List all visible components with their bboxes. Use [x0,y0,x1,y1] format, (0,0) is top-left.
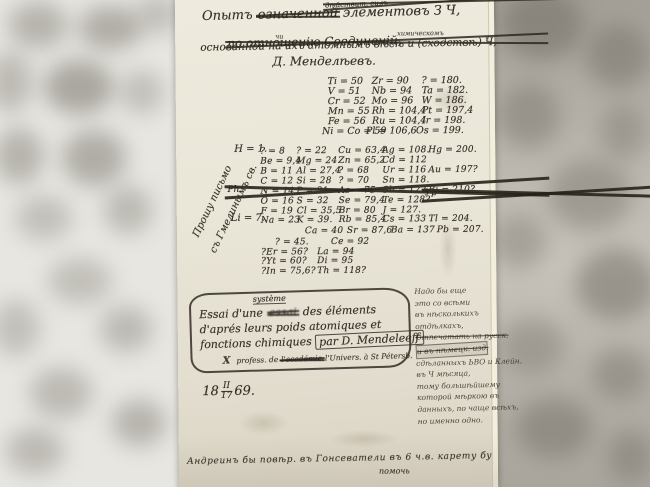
element-weight: Bi = 210? [428,185,475,195]
date-day-alt: 17 [221,392,233,401]
paper-stain [238,410,288,435]
blur-blob [592,348,648,400]
element-weight: ?Yt = 60? [261,256,317,266]
element-weight: Cd = 112 [382,155,428,165]
element-weight: Os = 199. [416,125,464,136]
date-year: 69. [234,384,255,399]
element-weight: ? = 22 [296,146,338,156]
blur-blob [608,430,650,482]
manuscript-sheet: дѣйствит. силъ Опытъозначеннойэлементовъ… [175,0,498,487]
blur-blob [8,2,68,48]
element-weight: Si = 28 [296,176,338,186]
blur-blob [16,196,72,240]
element-weight: Ag = 108. [382,145,428,155]
main-table-row: ? = 45.Ce = 92 [275,237,369,248]
hand-drawn-oval-frame: système Essai d'uneessaides éléments d'a… [189,287,412,374]
oval-inserted-word: système [253,294,286,305]
title-word-opyt: Опытъ [202,8,253,24]
blur-blob [136,0,180,34]
blur-blob [104,186,152,234]
element-weight: C = 12 [260,176,296,186]
oval-text: profess. de [236,355,278,365]
right-margin-notes: Надо бы еще это со всѣми въ нѣсколькихъ … [414,284,500,427]
element-weight: Cs = 133 [383,214,429,224]
blur-blob [44,60,114,114]
oval-text: fonctions chimiques [200,335,312,351]
blur-blob [6,428,64,474]
blur-blob [78,6,142,50]
upper-table-row: Ni = Co = 59Pl = 106,6Os = 199. [322,125,464,137]
blur-blob [62,130,126,186]
element-weight: Ni = Co = 59 [322,126,366,137]
oval-text: l'Univers. à St Pétersb. [325,351,413,363]
blur-blob [493,214,546,270]
element-weight: K = 39. [297,215,339,225]
blur-blob [586,24,650,88]
element-weight: Pl = 106,6 [366,125,416,136]
element-weight: S = 32 [297,196,339,206]
element-weight: Se = 79,4 [339,196,383,206]
element-weight: Ca = 40 [305,226,347,236]
element-weight: Tl = 204. [429,214,473,224]
element-weight: Sr = 87,6 [347,226,391,236]
main-table-row: ?In = 75,6?Th = 118? [261,266,366,277]
element-weight: Sn = 118. [382,175,428,185]
blur-blob [516,398,592,458]
element-weight: Mg = 24 [296,156,338,166]
element-weight: P = 31 [296,186,338,196]
bottom-cursive-note-sub: помочь [379,466,410,475]
element-weight: Th = 118? [317,266,366,276]
blur-blob [0,52,32,112]
element-weight: Ba = 137 [391,225,437,235]
date-day: 18 [202,384,219,399]
element-weight: Ce = 92 [331,237,369,247]
blur-blob [0,128,44,184]
photo-of-mendeleev-manuscript: дѣйствит. силъ Опытъозначеннойэлементовъ… [0,0,650,487]
margin-note-line: данныхъ, по чаще всѣхъ, [417,402,499,416]
element-weight: B = 11 [260,166,296,176]
date-annotation: 18II1769. [202,382,255,401]
date-fraction: II17 [221,382,233,401]
element-weight: ? = 68 [338,166,382,176]
element-weight: Di = 95 [317,256,353,266]
blur-blob [600,104,646,160]
margin-note-line: но именно одно. [418,413,500,427]
boxed-author-credit: par D. Mendeleeff [314,330,423,350]
element-weight: Zn = 65,2 [338,156,382,166]
left-margin-note-line-2: съ Гмелинымъ св. [208,163,259,255]
element-weight: Be = 9,4 [260,156,296,166]
title-line-1-end: элементовъ З Ч, [343,3,461,21]
element-weight: Te = 128? [383,195,429,205]
smudged-word: essai [269,305,297,319]
element-weight: ?In = 75,6? [261,266,317,276]
oval-text: Essai d'une [199,306,263,321]
oval-text: des éléments [303,303,377,318]
element-weight: ? = 45. [275,237,331,247]
element-weight: Hg = 200. [428,145,477,155]
element-weight: Pb = 207. [437,225,484,235]
element-weight [269,226,305,236]
blurred-matte-right [493,0,650,487]
main-table-row: Ca = 40Sr = 87,6Ba = 137Pb = 207. [269,225,484,237]
element-weight: ? = 70 [338,176,382,186]
struck-word: l'académie [281,354,322,364]
element-weight: As = 75 [338,186,382,196]
blur-blob [30,368,92,418]
element-weight: Al = 27,4 [296,166,338,176]
element-weight: Ur = 116 [382,165,428,175]
mendeleev-signature: Д. Менделѣевъ. [272,54,376,69]
blur-blob [576,248,650,320]
element-weight: Sb = 122 [382,185,428,195]
oval-line-4: Xprofess. del'académiel'Univers. à St Pé… [222,350,412,367]
main-table-row: Na = 23K = 39.Rb = 85,4Cs = 133Tl = 204. [261,214,473,226]
blur-blob [48,258,112,304]
blur-blob [0,300,40,356]
blur-blob [120,70,164,114]
element-weight: Au = 197? [428,165,477,175]
element-weight: Na = 23 [261,215,297,225]
element-weight: N = 14 [261,186,297,196]
blur-blob [100,306,152,352]
element-weight: Cu = 63,4 [338,146,382,156]
element-weight: Rb = 85,4 [339,215,383,225]
blur-blob [500,318,564,374]
title-struck-word: означенной [257,6,338,23]
blurred-matte-left [0,0,180,487]
element-weight: O = 16 [261,196,297,206]
x-mark: X [222,355,230,366]
title-line-1: Опытъозначеннойэлементовъ З Ч, [202,3,460,24]
element-weight: ? = 8 [260,146,296,156]
blur-blob [498,84,560,148]
blur-blob [112,400,166,446]
